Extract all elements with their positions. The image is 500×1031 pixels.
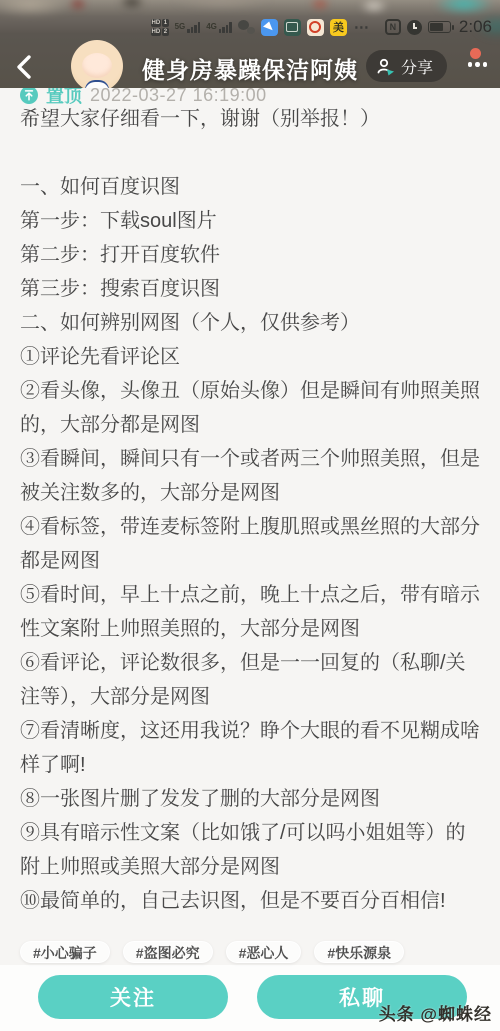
post-paragraph: ⑩最简单的，自己去识图，但是不要百分百相信! [20,884,480,918]
follow-button[interactable]: 关注 [38,975,228,1019]
post-paragraph: 第二步：打开百度软件 [20,238,480,272]
post-paragraph: ⑦看清晰度，这还用我说？睁个大眼的看不见糊成啥样了啊! [20,714,480,782]
back-button[interactable] [12,52,38,82]
share-label: 分享 [401,55,433,78]
post-body: 希望大家仔细看一下，谢谢（别举报！）一、如何百度识图第一步：下载soul图片第二… [20,102,480,918]
post-content: 置顶 2022-03-27 16:19:00 希望大家仔细看一下，谢谢（别举报！… [0,88,500,965]
post-paragraph: 一、如何百度识图 [20,170,480,204]
toutiao-watermark: 头条 @蜘蛛经 [379,1000,492,1025]
post-paragraph: ①评论先看评论区 [20,340,480,374]
status-time: 2:06 [459,17,492,37]
app-screen: HD1 HD2 5G 4G 美 ⋯ N 2:06 [0,0,500,1031]
nfc-icon: N [385,19,401,35]
post-paragraph: ⑤看时间，早上十点之前，晚上十点之后，带有暗示性文案附上帅照美照的，大部分是网图 [20,578,480,646]
notification-red-dot [470,48,481,59]
post-paragraph: ⑨具有暗示性文案（比如饿了/可以吗小姐姐等）的附上帅照或美照大部分是网图 [20,816,480,884]
share-button[interactable]: 分享 [366,50,447,82]
meituan-notification-icon: 美 [330,19,347,36]
post-paragraph: ⑧一张图片删了发发了删的大部分是网图 [20,782,480,816]
battery-icon [428,21,451,33]
avatar[interactable] [71,40,123,88]
status-bar: HD1 HD2 5G 4G 美 ⋯ N 2:06 [151,12,492,42]
chevron-left-icon [12,52,38,82]
hashtag-chip[interactable]: #盗图必究 [123,941,213,963]
post-paragraph: 希望大家仔细看一下，谢谢（别举报！） [20,102,480,136]
alarm-clock-icon [407,20,422,35]
signal-5g-icon: 5G [175,22,201,33]
green-app-notification-icon [284,19,301,36]
header: HD1 HD2 5G 4G 美 ⋯ N 2:06 [0,0,500,88]
weibo-notification-icon [307,19,324,36]
hashtag-row: #小心骗子#盗图必究#恶心人#快乐源泉 [20,941,404,963]
post-paragraph: ④看标签，带连麦标签附上腹肌照或黑丝照的大部分都是网图 [20,510,480,578]
more-options-icon[interactable] [468,62,488,67]
post-paragraph: ⑥看评论，评论数很多，但是一一回复的（私聊/关注等），大部分是网图 [20,646,480,714]
post-paragraph: 第一步：下载soul图片 [20,204,480,238]
share-person-icon [376,57,395,76]
post-paragraph: ②看头像，头像丑（原始头像）但是瞬间有帅照美照的，大部分都是网图 [20,374,480,442]
post-paragraph [20,136,480,170]
signal-4g-icon: 4G [206,22,232,33]
more-notifications-icon: ⋯ [354,18,370,36]
hashtag-chip[interactable]: #恶心人 [226,941,302,963]
post-paragraph: ③看瞬间，瞬间只有一个或者两三个帅照美照，但是被关注数多的，大部分是网图 [20,442,480,510]
hashtag-chip[interactable]: #小心骗子 [20,941,110,963]
post-paragraph: 第三步：搜索百度识图 [20,272,480,306]
volte-hd-icon: HD1 HD2 [151,19,169,36]
wechat-notification-icon [238,20,255,34]
hashtag-chip[interactable]: #快乐源泉 [314,941,404,963]
post-paragraph: 二、如何辨别网图（个人，仅供参考） [20,306,480,340]
blue-app-notification-icon [261,19,278,36]
